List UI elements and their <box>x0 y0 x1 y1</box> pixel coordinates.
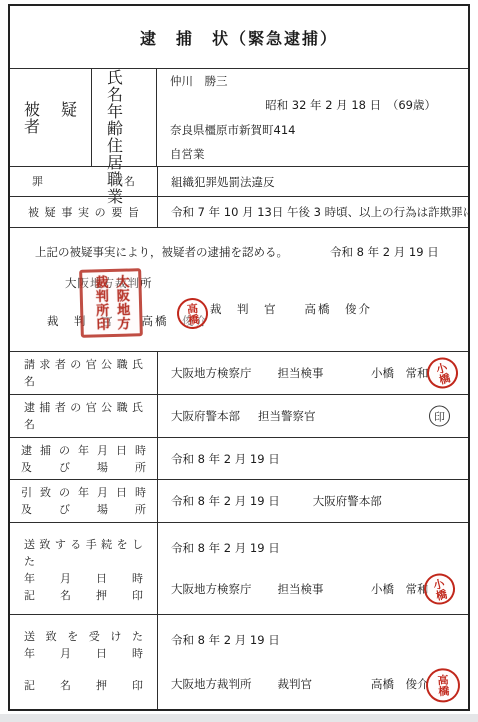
sent-stamp-label: 記 名 押 印 <box>10 587 157 604</box>
page-bottom-edge <box>0 714 478 722</box>
suspect-label: 被 疑 者 <box>10 101 91 135</box>
summary-row: 被 疑 事 実 の 要 旨 令和 7 年 10 月 13日 午後 3 時頃、以上… <box>10 196 468 227</box>
inkan-placeholder-seal: 印 <box>429 406 450 427</box>
received-row: 送 致 を 受 け た 年 月 日 時 記 名 押 印 令和 8 年 2 月 1… <box>10 614 468 709</box>
received-title: 裁判官 <box>278 676 313 692</box>
summary-value: 令和 7 年 10 月 13日 午後 3 時頃、以上の行為は詐欺罪にあた <box>158 197 468 227</box>
suspect-row: 被 疑 者 氏 名 年 齢 住 居 職 業 仲川 勝三 昭和 32 年 2 月 … <box>10 68 468 166</box>
bring-label-line2: 及 び 場 所 <box>10 501 157 518</box>
bring-label-line1: 引 致 の 年 月 日 時 <box>10 484 157 501</box>
arrester-org: 大阪府警本部 <box>171 408 240 424</box>
received-date: 令和 8 年 2 月 19 日 <box>171 632 280 648</box>
arrester-row: 逮 捕 者 の 官 公 職 氏 名 大阪府警本部 担当警察官 印 <box>10 394 468 437</box>
received-judge-name-seal: 高橋 <box>425 667 461 703</box>
sent-title: 担当検事 <box>278 581 324 597</box>
sent-label-group: 送 致 す る 手 続 を し た 年 月 日 時 <box>10 536 157 587</box>
received-value-cell: 令和 8 年 2 月 19 日 大阪地方裁判所 裁判官 高橋 俊介 高橋 <box>158 615 468 709</box>
sent-name: 小橋 常和 <box>371 581 429 597</box>
suspect-field-labels: 氏 名 年 齢 住 居 職 業 <box>92 69 157 166</box>
arrester-title: 担当警察官 <box>258 408 316 424</box>
sent-label-line2: 年 月 日 時 <box>10 570 157 587</box>
sent-value-cell: 令和 8 年 2 月 19 日 大阪地方検察庁 担当検事 小橋 常和 小橋 <box>158 523 468 614</box>
suspect-name-value: 仲川 勝三 <box>157 69 468 93</box>
sent-org: 大阪地方検察庁 <box>171 581 252 597</box>
sent-row: 送 致 す る 手 続 を し た 年 月 日 時 記 名 押 印 令和 8 年… <box>10 522 468 614</box>
summary-label: 被 疑 事 実 の 要 旨 <box>10 204 157 221</box>
warrant-table: 逮 捕 状（緊急逮捕） 被 疑 者 氏 名 年 齢 住 居 職 業 仲川 勝三 … <box>8 4 470 711</box>
bring-date: 令和 8 年 2 月 19 日 <box>171 493 280 509</box>
requester-label: 請 求 者 の 官 公 職 氏 名 <box>10 356 157 390</box>
approval-statement: 上記の被疑事実により，被疑者の逮捕を認める。 <box>35 244 288 260</box>
arrest-date-row: 逮 捕 の 年 月 日 時 及 び 場 所 令和 8 年 2 月 19 日 <box>10 437 468 479</box>
arrest-label-line2: 及 び 場 所 <box>10 459 157 476</box>
crime-row: 罪 名 組織犯罪処罰法違反 <box>10 166 468 196</box>
age-field-label: 年 齢 <box>92 103 156 137</box>
sent-prosecutor-name-seal: 小橋 <box>421 570 459 608</box>
court-seal-text-col1: 大阪地方 <box>111 274 131 330</box>
requester-row: 請 求 者 の 官 公 職 氏 名 大阪地方検察庁 担当検事 小橋 常和 小橋 <box>10 351 468 394</box>
court-square-seal: 裁判所印 大阪地方 <box>79 268 143 338</box>
received-label-group: 送 致 を 受 け た 年 月 日 時 <box>10 628 157 662</box>
requester-title: 担当検事 <box>278 365 324 381</box>
suspect-field-values: 仲川 勝三 昭和 32 年 2 月 18 日 （69歳） 奈良県橿原市新賀町41… <box>157 69 468 166</box>
arrester-value-cell: 大阪府警本部 担当警察官 印 <box>158 395 468 437</box>
prosecutor-name-seal: 小橋 <box>423 354 461 392</box>
crime-value: 組織犯罪処罰法違反 <box>158 167 468 196</box>
page-title: 逮 捕 状（緊急逮捕） <box>140 26 338 49</box>
suspect-birthdate-value: 昭和 32 年 2 月 18 日 （69歳） <box>157 93 468 117</box>
sent-signature-line: 大阪地方検察庁 担当検事 小橋 常和 小橋 <box>171 572 468 606</box>
suspect-label-cell: 被 疑 者 <box>10 69 92 166</box>
arrest-warrant-page: 逮 捕 状（緊急逮捕） 被 疑 者 氏 名 年 齢 住 居 職 業 仲川 勝三 … <box>0 0 478 722</box>
sent-date: 令和 8 年 2 月 19 日 <box>171 540 280 556</box>
crime-label: 罪 名 <box>10 173 157 190</box>
received-stamp-label: 記 名 押 印 <box>10 677 157 694</box>
requester-org: 大阪地方検察庁 <box>171 365 252 381</box>
arrester-label: 逮 捕 者 の 官 公 職 氏 名 <box>10 399 157 433</box>
judge-name-line: 裁 判 官 高橋 俊介 <box>210 301 372 317</box>
received-signature-line: 大阪地方裁判所 裁判官 高橋 俊介 高橋 <box>171 667 468 701</box>
received-label-line2: 年 月 日 時 <box>10 645 157 662</box>
received-label-line1: 送 致 を 受 け た <box>10 628 157 645</box>
suspect-address-value: 奈良県橿原市新賀町414 <box>157 118 468 142</box>
received-org: 大阪地方裁判所 <box>171 676 252 692</box>
bring-date-row: 引 致 の 年 月 日 時 及 び 場 所 令和 8 年 2 月 19 日 大阪… <box>10 479 468 522</box>
arrest-label-line1: 逮 捕 の 年 月 日 時 <box>10 442 157 459</box>
sent-label-line1: 送 致 す る 手 続 を し た <box>10 536 157 570</box>
received-name: 高橋 俊介 <box>371 676 429 692</box>
title-row: 逮 捕 状（緊急逮捕） <box>10 6 468 68</box>
suspect-occupation-value: 自営業 <box>157 142 468 166</box>
court-seal-text-col2: 裁判所印 <box>90 275 110 331</box>
name-field-label: 氏 名 <box>92 69 156 103</box>
approval-date: 令和 8 年 2 月 19 日 <box>330 244 439 260</box>
bring-value-cell: 令和 8 年 2 月 19 日 大阪府警本部 <box>158 480 468 522</box>
requester-value-cell: 大阪地方検察庁 担当検事 小橋 常和 小橋 <box>158 352 468 394</box>
arrest-date-value: 令和 8 年 2 月 19 日 <box>158 438 468 479</box>
bring-place: 大阪府警本部 <box>313 493 382 509</box>
requester-name: 小橋 常和 <box>371 365 429 381</box>
approval-section: 上記の被疑事実により，被疑者の逮捕を認める。 令和 8 年 2 月 19 日 大… <box>10 227 468 351</box>
